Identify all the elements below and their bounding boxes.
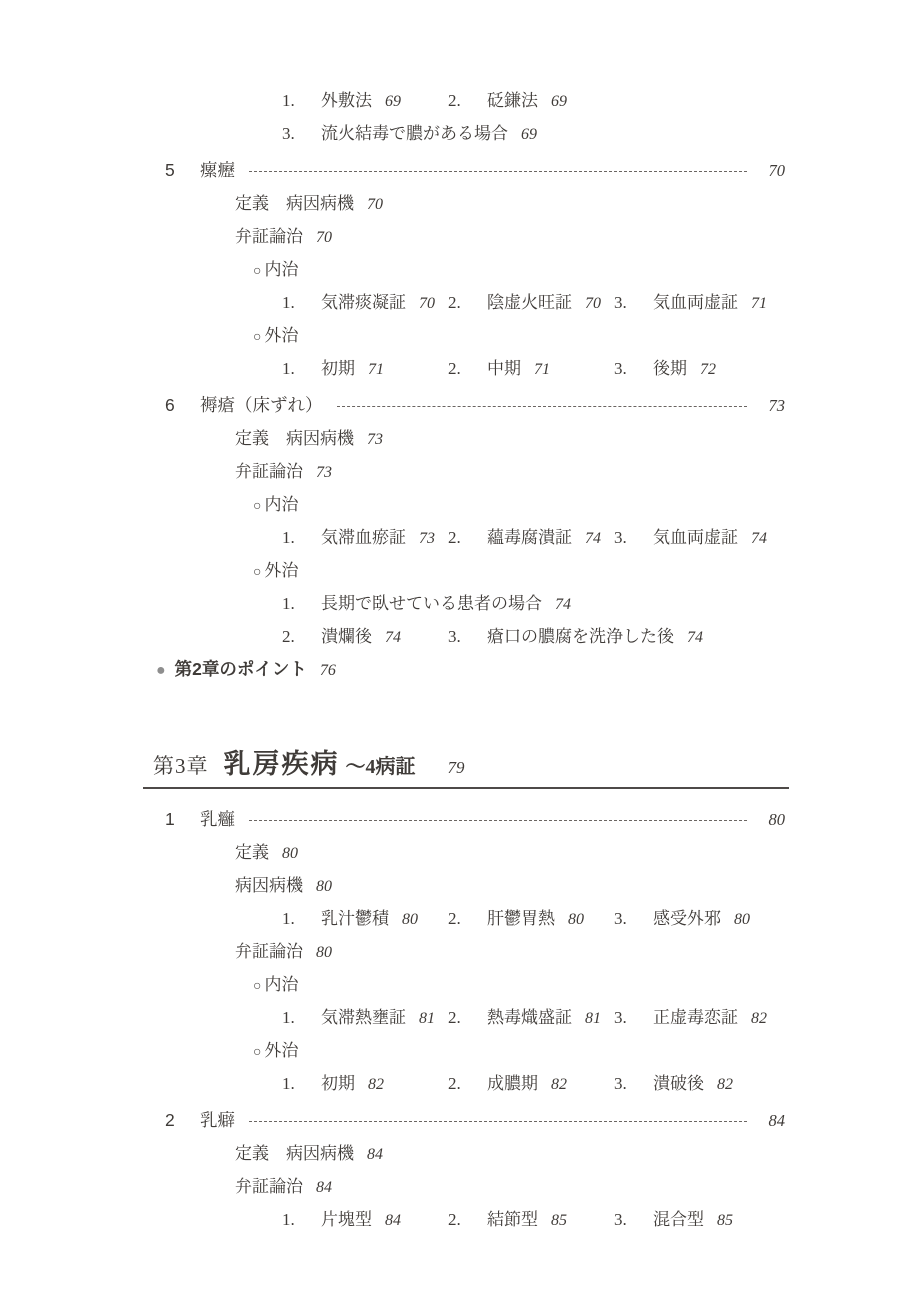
item-label: 気滞血瘀証 xyxy=(321,528,406,547)
item-number: 1. xyxy=(282,587,321,620)
toc-page: 1.外敷法69 2.砭鎌法69 3.流火結毒で膿がある場合69 5 瘰癧 70 … xyxy=(0,0,900,1296)
page-number: 76 xyxy=(320,654,336,687)
item-number: 2. xyxy=(282,620,321,653)
toc-items-row: 1.乳汁鬱積80 2.肝鬱胃熱80 3.感受外邪80 xyxy=(282,902,785,935)
item-number: 1. xyxy=(282,286,321,319)
chapter-label: 第3章 xyxy=(153,750,209,780)
toc-subentry: 病因病機 80 xyxy=(235,869,785,902)
page-number: 73 xyxy=(757,389,785,422)
circle-marker-icon: ○ xyxy=(253,556,261,589)
toc-subentry: 定義 80 xyxy=(235,836,785,869)
marker-label: 外治 xyxy=(264,1034,298,1067)
toc-item: 1.気滞血瘀証73 xyxy=(282,521,448,555)
item-number: 3. xyxy=(614,521,653,554)
toc-subentry: 定義 病因病機 84 xyxy=(235,1137,785,1170)
circle-marker-icon: ○ xyxy=(253,255,261,288)
toc-items-row: 1.初期82 2.成膿期82 3.潰破後82 xyxy=(282,1067,785,1100)
toc-section-entry: 1 乳癰 80 xyxy=(165,803,785,836)
item-label: 結節型 xyxy=(487,1210,538,1229)
item-label: 肝鬱胃熱 xyxy=(487,909,555,928)
chapter-subtitle: ～4病証 xyxy=(346,750,416,779)
toc-item: 1.初期82 xyxy=(282,1067,448,1101)
page-number: 80 xyxy=(316,936,332,969)
item-label: 気滞熱壅証 xyxy=(321,1008,406,1027)
circle-marker-icon: ○ xyxy=(253,321,261,354)
item-label: 熱毒熾盛証 xyxy=(487,1008,572,1027)
item-label: 中期 xyxy=(487,359,521,378)
item-number: 2. xyxy=(448,1001,487,1034)
page-number: 84 xyxy=(385,1212,401,1229)
item-label: 成膿期 xyxy=(487,1074,538,1093)
toc-item: 3.気血両虚証74 xyxy=(614,521,767,555)
section-number: 6 xyxy=(165,389,200,422)
toc-subentry: 弁証論治 84 xyxy=(235,1170,785,1203)
circle-marker-icon: ○ xyxy=(253,1036,261,1069)
item-label: 陰虚火旺証 xyxy=(487,293,572,312)
item-label: 瘡口の膿腐を洗浄した後 xyxy=(487,627,674,646)
toc-section-entry: 2 乳癖 84 xyxy=(165,1104,785,1137)
subentry-label: 定義 病因病機 xyxy=(235,422,354,455)
section-title: 瘰癧 xyxy=(200,154,235,187)
item-label: 気血両虚証 xyxy=(653,293,738,312)
subentry-label: 定義 病因病機 xyxy=(235,1137,354,1170)
toc-item: 2.陰虚火旺証70 xyxy=(448,286,614,320)
toc-item: 1.気滞痰凝証70 xyxy=(282,286,448,320)
page-number: 70 xyxy=(367,188,383,221)
item-label: 気滞痰凝証 xyxy=(321,293,406,312)
toc-item: 3.瘡口の膿腐を洗浄した後74 xyxy=(448,620,703,654)
item-number: 1. xyxy=(282,521,321,554)
item-number: 3. xyxy=(614,1067,653,1100)
item-number: 3. xyxy=(282,117,321,150)
subentry-label: 弁証論治 xyxy=(235,935,303,968)
marker-label: 外治 xyxy=(264,554,298,587)
item-number: 1. xyxy=(282,352,321,385)
toc-treatment-marker: ○ 内治 xyxy=(253,488,785,521)
item-number: 1. xyxy=(282,902,321,935)
toc-item: 3.気血両虚証71 xyxy=(614,286,767,320)
toc-item: 2.潰爛後74 xyxy=(282,620,448,654)
item-label: 混合型 xyxy=(653,1210,704,1229)
chapter-title: 乳房疾病 xyxy=(224,742,340,781)
page-number: 74 xyxy=(751,530,767,547)
page-number: 69 xyxy=(521,126,537,143)
toc-item: 3.混合型85 xyxy=(614,1203,733,1237)
chapter-heading-line: 第3章 乳房疾病 ～4病証 79 xyxy=(143,742,789,781)
item-label: 潰爛後 xyxy=(321,627,372,646)
page-number: 70 xyxy=(757,154,785,187)
leader-dots-icon xyxy=(249,1121,747,1122)
subentry-label: 弁証論治 xyxy=(235,220,303,253)
page-number: 80 xyxy=(316,870,332,903)
item-number: 1. xyxy=(282,1203,321,1236)
toc-items-row: 3.流火結毒で膿がある場合69 xyxy=(282,117,785,150)
page-number: 81 xyxy=(419,1010,435,1027)
toc-item: 3.後期72 xyxy=(614,352,716,386)
section-title: 乳癖 xyxy=(200,1104,235,1137)
item-label: 初期 xyxy=(321,1074,355,1093)
page-number: 70 xyxy=(316,221,332,254)
circle-marker-icon: ○ xyxy=(253,970,261,1003)
toc-item: 2.熱毒熾盛証81 xyxy=(448,1001,614,1035)
page-number: 69 xyxy=(551,93,567,110)
toc-treatment-marker: ○ 外治 xyxy=(253,319,785,352)
subentry-label: 弁証論治 xyxy=(235,1170,303,1203)
item-number: 2. xyxy=(448,286,487,319)
toc-item: 3.流火結毒で膿がある場合69 xyxy=(282,117,537,151)
subentry-label: 定義 xyxy=(235,836,269,869)
page-number: 84 xyxy=(367,1138,383,1171)
leader-dots-icon xyxy=(249,171,747,172)
item-number: 2. xyxy=(448,902,487,935)
item-label: 外敷法 xyxy=(321,91,372,110)
item-number: 2. xyxy=(448,1203,487,1236)
item-label: 気血両虚証 xyxy=(653,528,738,547)
toc-treatment-marker: ○ 外治 xyxy=(253,1034,785,1067)
item-number: 3. xyxy=(614,1001,653,1034)
item-label: 長期で臥せている患者の場合 xyxy=(321,594,542,613)
leader-dots-icon xyxy=(249,820,747,821)
item-number: 2. xyxy=(448,521,487,554)
item-label: 片塊型 xyxy=(321,1210,372,1229)
page-number: 82 xyxy=(717,1076,733,1093)
page-number: 80 xyxy=(568,911,584,928)
page-number: 74 xyxy=(585,530,601,547)
page-number: 79 xyxy=(448,758,465,778)
page-number: 80 xyxy=(757,803,785,836)
subentry-label: 病因病機 xyxy=(235,869,303,902)
item-label: 砭鎌法 xyxy=(487,91,538,110)
page-number: 81 xyxy=(585,1010,601,1027)
toc-item: 1.片塊型84 xyxy=(282,1203,448,1237)
section-number: 1 xyxy=(165,803,200,836)
circle-marker-icon: ○ xyxy=(253,490,261,523)
page-number: 73 xyxy=(419,530,435,547)
item-number: 1. xyxy=(282,84,321,117)
page-number: 84 xyxy=(316,1171,332,1204)
item-number: 2. xyxy=(448,352,487,385)
chapter-rule xyxy=(143,787,789,789)
item-number: 3. xyxy=(448,620,487,653)
item-label: 蘊毒腐潰証 xyxy=(487,528,572,547)
toc-item: 1.乳汁鬱積80 xyxy=(282,902,448,936)
toc-item: 2.中期71 xyxy=(448,352,614,386)
toc-item: 1.長期で臥せている患者の場合74 xyxy=(282,587,571,621)
toc-section-entry: 6 褥瘡（床ずれ） 73 xyxy=(165,389,785,422)
bullet-icon: ● xyxy=(156,654,166,687)
page-number: 74 xyxy=(687,629,703,646)
item-label: 正虚毒恋証 xyxy=(653,1008,738,1027)
chapter-heading: 第3章 乳房疾病 ～4病証 79 xyxy=(143,742,789,789)
page-number: 71 xyxy=(368,361,384,378)
item-number: 3. xyxy=(614,286,653,319)
item-number: 1. xyxy=(282,1001,321,1034)
subentry-label: 定義 病因病機 xyxy=(235,187,354,220)
item-label: 流火結毒で膿がある場合 xyxy=(321,124,508,143)
toc-items-row: 1.気滞血瘀証73 2.蘊毒腐潰証74 3.気血両虚証74 xyxy=(282,521,785,554)
marker-label: 内治 xyxy=(264,488,298,521)
section-number: 2 xyxy=(165,1104,200,1137)
item-number: 2. xyxy=(448,1067,487,1100)
toc-treatment-marker: ○ 内治 xyxy=(253,253,785,286)
item-label: 潰破後 xyxy=(653,1074,704,1093)
toc-subentry: 弁証論治 70 xyxy=(235,220,785,253)
page-number: 74 xyxy=(555,596,571,613)
points-label: 第2章のポイント xyxy=(175,653,307,686)
toc-treatment-marker: ○ 外治 xyxy=(253,554,785,587)
page-number: 71 xyxy=(534,361,550,378)
toc-section-entry: 5 瘰癧 70 xyxy=(165,154,785,187)
page-number: 73 xyxy=(367,423,383,456)
item-number: 2. xyxy=(448,84,487,117)
toc-subentry: 定義 病因病機 73 xyxy=(235,422,785,455)
toc-items-row: 1.気滞熱壅証81 2.熱毒熾盛証81 3.正虚毒恋証82 xyxy=(282,1001,785,1034)
marker-label: 外治 xyxy=(264,319,298,352)
toc-item: 2.肝鬱胃熱80 xyxy=(448,902,614,936)
toc-item: 2.成膿期82 xyxy=(448,1067,614,1101)
toc-items-row: 1.外敷法69 2.砭鎌法69 xyxy=(282,84,785,117)
toc-item: 2.結節型85 xyxy=(448,1203,614,1237)
page-number: 72 xyxy=(700,361,716,378)
item-number: 3. xyxy=(614,352,653,385)
page-number: 70 xyxy=(585,295,601,312)
toc-item: 2.蘊毒腐潰証74 xyxy=(448,521,614,555)
toc-item: 2.砭鎌法69 xyxy=(448,84,567,118)
item-number: 1. xyxy=(282,1067,321,1100)
toc-items-row: 2.潰爛後74 3.瘡口の膿腐を洗浄した後74 xyxy=(282,620,785,653)
marker-label: 内治 xyxy=(264,253,298,286)
page-number: 80 xyxy=(402,911,418,928)
toc-item: 1.初期71 xyxy=(282,352,448,386)
page-number: 82 xyxy=(751,1010,767,1027)
section-title: 乳癰 xyxy=(200,803,235,836)
page-number: 80 xyxy=(734,911,750,928)
toc-items-row: 1.初期71 2.中期71 3.後期72 xyxy=(282,352,785,385)
page-number: 84 xyxy=(757,1104,785,1137)
item-number: 3. xyxy=(614,1203,653,1236)
toc-items-row: 1.気滞痰凝証70 2.陰虚火旺証70 3.気血両虚証71 xyxy=(282,286,785,319)
page-number: 80 xyxy=(282,837,298,870)
page-number: 73 xyxy=(316,456,332,489)
page-number: 82 xyxy=(368,1076,384,1093)
toc-item: 3.正虚毒恋証82 xyxy=(614,1001,767,1035)
toc-treatment-marker: ○ 内治 xyxy=(253,968,785,1001)
toc-item: 1.外敷法69 xyxy=(282,84,448,118)
toc-subentry: 弁証論治 73 xyxy=(235,455,785,488)
section-title: 褥瘡（床ずれ） xyxy=(200,389,323,422)
page-number: 85 xyxy=(717,1212,733,1229)
page-number: 70 xyxy=(419,295,435,312)
subentry-label: 弁証論治 xyxy=(235,455,303,488)
chapter-points-entry: ● 第2章のポイント 76 xyxy=(156,653,785,686)
page-number: 74 xyxy=(385,629,401,646)
toc-item: 3.潰破後82 xyxy=(614,1067,733,1101)
item-label: 初期 xyxy=(321,359,355,378)
toc-subentry: 定義 病因病機 70 xyxy=(235,187,785,220)
toc-item: 3.感受外邪80 xyxy=(614,902,750,936)
toc-subentry: 弁証論治 80 xyxy=(235,935,785,968)
item-number: 3. xyxy=(614,902,653,935)
page-number: 85 xyxy=(551,1212,567,1229)
item-label: 感受外邪 xyxy=(653,909,721,928)
item-label: 後期 xyxy=(653,359,687,378)
page-number: 82 xyxy=(551,1076,567,1093)
toc-item: 1.気滞熱壅証81 xyxy=(282,1001,448,1035)
toc-items-row: 1.長期で臥せている患者の場合74 xyxy=(282,587,785,620)
marker-label: 内治 xyxy=(264,968,298,1001)
leader-dots-icon xyxy=(337,406,748,407)
page-number: 69 xyxy=(385,93,401,110)
section-number: 5 xyxy=(165,154,200,187)
toc-items-row: 1.片塊型84 2.結節型85 3.混合型85 xyxy=(282,1203,785,1236)
item-label: 乳汁鬱積 xyxy=(321,909,389,928)
page-number: 71 xyxy=(751,295,767,312)
